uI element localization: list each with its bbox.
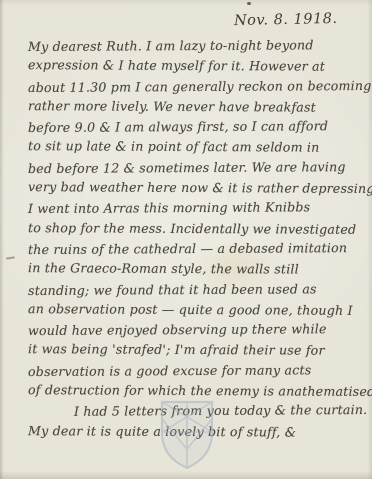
letter-line: expression & I hate myself for it. Howev… xyxy=(28,55,368,77)
letter-line: about 11.30 pm I can generally reckon on… xyxy=(28,76,368,98)
letter-line: rather more lively. We never have breakf… xyxy=(28,96,368,118)
letter-line: in the Graeco-Roman style, the walls sti… xyxy=(28,258,368,280)
heraldic-shield-watermark-icon xyxy=(158,399,216,471)
letter-line: My dearest Ruth. I am lazy to-night beyo… xyxy=(28,35,368,57)
letter-line: the ruins of the cathedral — a debased i… xyxy=(28,238,368,260)
letter-line: an observation post — quite a good one, … xyxy=(28,299,368,321)
letter-line: standing; we found that it had been used… xyxy=(28,279,368,301)
letter-line: it was being 'strafed'; I'm afraid their… xyxy=(28,340,368,362)
letter-line: to sit up late & in point of fact am sel… xyxy=(28,137,368,159)
letter-body: My dearest Ruth. I am lazy to-night beyo… xyxy=(28,36,368,442)
letter-line: observation is a good excuse for many ac… xyxy=(28,360,368,382)
letter-line: before 9.0 & I am always first, so I can… xyxy=(28,116,368,138)
letter-line: to shop for the mess. Incidentally we in… xyxy=(28,218,368,240)
letter-scan-page: Nov. 8. 1918. My dearest Ruth. I am lazy… xyxy=(0,0,372,479)
letter-date: Nov. 8. 1918. xyxy=(234,11,338,29)
letter-line: would have enjoyed observing up there wh… xyxy=(28,319,368,341)
letter-line: very bad weather here now & it is rather… xyxy=(28,177,368,199)
letter-line: I went into Arras this morning with Knib… xyxy=(28,197,368,219)
letter-line: bed before 12 & sometimes later. We are … xyxy=(28,157,368,179)
